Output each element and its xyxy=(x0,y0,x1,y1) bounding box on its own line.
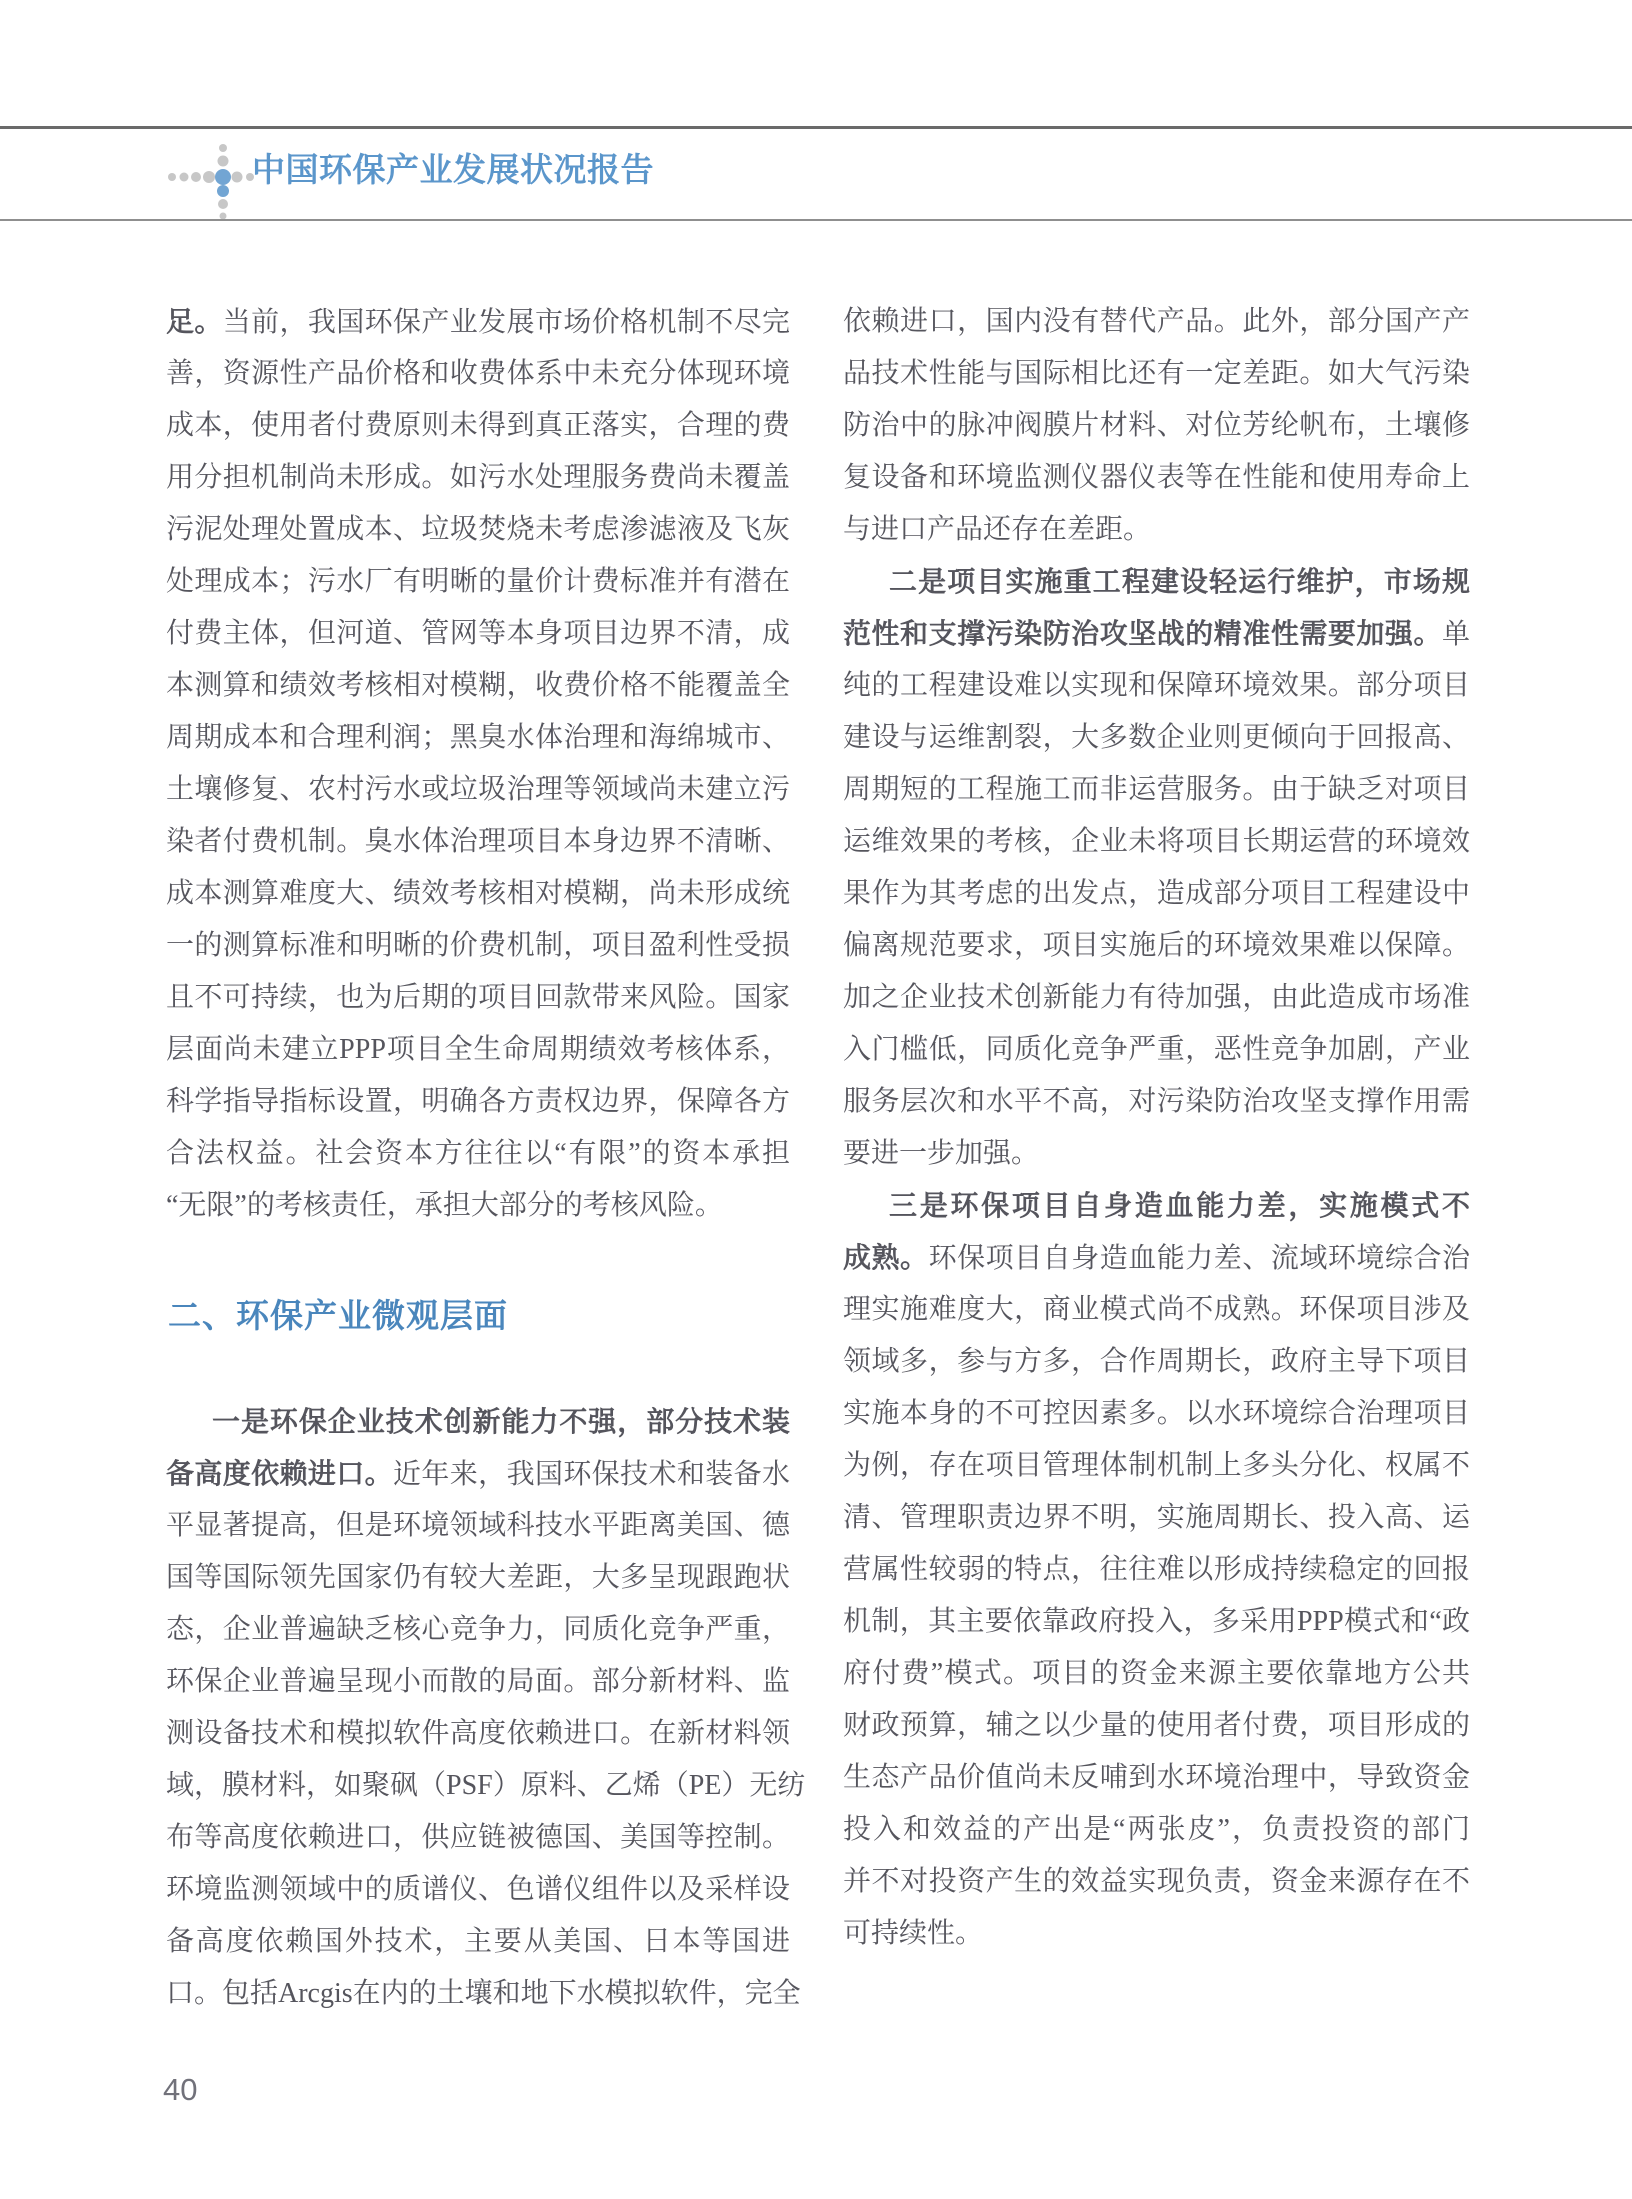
text-line: 投入和效益的产出是“两张皮”，负责投资的部门 xyxy=(843,1804,1470,1856)
text-line: 复设备和环境监测仪器仪表等在性能和使用寿命上 xyxy=(843,452,1470,504)
text-line: 要进一步加强。 xyxy=(843,1128,1470,1180)
text-segment: 生态产品价值尚未反哺到水环境治理中，导致资金 xyxy=(843,1762,1470,1793)
report-page: 中国环保产业发展状况报告 足。当前，我国环保产业发展市场价格机制不尽完善，资源性… xyxy=(0,0,1632,2199)
text-line: “无限”的考核责任，承担大部分的考核风险。 xyxy=(166,1180,790,1232)
text-line: 备高度依赖进口。近年来，我国环保技术和装备水 xyxy=(166,1448,790,1500)
text-line: 口。包括Arcgis在内的土壤和地下水模拟软件，完全 xyxy=(166,1968,790,2020)
text-line: 环境监测领域中的质谱仪、色谱仪组件以及采样设 xyxy=(166,1864,790,1916)
text-line: 土壤修复、农村污水或垃圾治理等领域尚未建立污 xyxy=(166,764,790,816)
text-segment: 实施本身的不可控因素多。以水环境综合治理项目 xyxy=(843,1398,1470,1429)
text-segment: 服务层次和水平不高，对污染防治攻坚支撑作用需 xyxy=(843,1086,1470,1117)
text-line: 实施本身的不可控因素多。以水环境综合治理项目 xyxy=(843,1388,1470,1440)
text-line: 纯的工程建设难以实现和保障环境效果。部分项目 xyxy=(843,660,1470,712)
text-line: 备高度依赖国外技术，主要从美国、日本等国进 xyxy=(166,1916,790,1968)
text-segment: 环保项目自身造血能力差、流域环境综合治 xyxy=(929,1243,1470,1274)
text-segment: 营属性较弱的特点，往往难以形成持续稳定的回报 xyxy=(843,1554,1470,1585)
text-segment: 备高度依赖国外技术，主要从美国、日本等国进 xyxy=(166,1926,790,1957)
text-line: 服务层次和水平不高，对污染防治攻坚支撑作用需 xyxy=(843,1076,1470,1128)
text-segment: 环境监测领域中的质谱仪、色谱仪组件以及采样设 xyxy=(166,1874,790,1905)
page-number: 40 xyxy=(163,2072,197,2108)
text-segment: “无限”的考核责任，承担大部分的考核风险。 xyxy=(166,1190,723,1221)
text-line: 入门槛低，同质化竞争严重，恶性竞争加剧，产业 xyxy=(843,1024,1470,1076)
text-segment: 防治中的脉冲阀膜片材料、对位芳纶帆布，土壤修 xyxy=(843,410,1470,441)
text-line: 三是环保项目自身造血能力差，实施模式不 xyxy=(843,1180,1470,1232)
text-segment: 国等国际领先国家仍有较大差距，大多呈现跟跑状 xyxy=(166,1562,790,1593)
logo-dot xyxy=(191,172,201,182)
text-line: 府付费”模式。项目的资金来源主要依靠地方公共 xyxy=(843,1648,1470,1700)
text-segment: 机制，其主要依靠政府投入，多采用PPP模式和“政 xyxy=(843,1606,1470,1637)
text-segment: 本测算和绩效考核相对模糊，收费价格不能覆盖全 xyxy=(166,670,790,701)
text-line: 防治中的脉冲阀膜片材料、对位芳纶帆布，土壤修 xyxy=(843,400,1470,452)
bold-text-segment: 足。 xyxy=(166,306,223,337)
logo-dot xyxy=(218,156,229,167)
text-segment: 复设备和环境监测仪器仪表等在性能和使用寿命上 xyxy=(843,462,1470,493)
text-segment: 科学指导指标设置，明确各方责权边界，保障各方 xyxy=(166,1086,790,1117)
text-line: 平显著提高，但是环境领域科技水平距离美国、德 xyxy=(166,1500,790,1552)
text-line: 品技术性能与国际相比还有一定差距。如大气污染 xyxy=(843,348,1470,400)
text-line: 清、管理职责边界不明，实施周期长、投入高、运 xyxy=(843,1492,1470,1544)
text-line: 国等国际领先国家仍有较大差距，大多呈现跟跑状 xyxy=(166,1552,790,1604)
text-line: 并不对投资产生的效益实现负责，资金来源存在不 xyxy=(843,1856,1470,1908)
text-line: 加之企业技术创新能力有待加强，由此造成市场准 xyxy=(843,972,1470,1024)
text-segment: 土壤修复、农村污水或垃圾治理等领域尚未建立污 xyxy=(166,774,790,805)
text-line: 成熟。环保项目自身造血能力差、流域环境综合治 xyxy=(843,1232,1470,1284)
text-line: 付费主体，但河道、管网等本身项目边界不清，成 xyxy=(166,608,790,660)
text-segment: 布等高度依赖进口，供应链被德国、美国等控制。 xyxy=(166,1822,790,1853)
text-segment: 与进口产品还存在差距。 xyxy=(843,514,1151,545)
text-segment: 并不对投资产生的效益实现负责，资金来源存在不 xyxy=(843,1866,1470,1897)
text-line: 机制，其主要依靠政府投入，多采用PPP模式和“政 xyxy=(843,1596,1470,1648)
text-segment: 要进一步加强。 xyxy=(843,1138,1039,1169)
text-segment: 领域多，参与方多，合作周期长，政府主导下项目 xyxy=(843,1346,1470,1377)
text-line: 二是项目实施重工程建设轻运行维护，市场规 xyxy=(843,556,1470,608)
bold-text-segment: 三是环保项目自身造血能力差，实施模式不 xyxy=(889,1190,1470,1221)
text-segment: 周期短的工程施工而非运营服务。由于缺乏对项目 xyxy=(843,774,1470,805)
bold-text-segment: 范性和支撑污染防治攻坚战的精准性需要加强。 xyxy=(843,618,1442,649)
text-line: 染者付费机制。臭水体治理项目本身边界不清晰、 xyxy=(166,816,790,868)
text-segment: 且不可持续，也为后期的项目回款带来风险。国家 xyxy=(166,982,790,1013)
text-line: 测设备技术和模拟软件高度依赖进口。在新材料领 xyxy=(166,1708,790,1760)
text-line: 污泥处理处置成本、垃圾焚烧未考虑渗滤液及飞灰 xyxy=(166,504,790,556)
text-segment: 清、管理职责边界不明，实施周期长、投入高、运 xyxy=(843,1502,1470,1533)
text-segment: 成本测算难度大、绩效考核相对模糊，尚未形成统 xyxy=(166,878,790,909)
text-line: 可持续性。 xyxy=(843,1908,1470,1960)
text-segment: 测设备技术和模拟软件高度依赖进口。在新材料领 xyxy=(166,1718,790,1749)
text-segment: 近年来，我国环保技术和装备水 xyxy=(393,1459,790,1490)
logo-dot xyxy=(203,171,215,183)
text-line: 成本测算难度大、绩效考核相对模糊，尚未形成统 xyxy=(166,868,790,920)
section-heading: 二、环保产业微观层面 xyxy=(168,1294,508,1338)
text-segment: 周期成本和合理利润；黑臭水体治理和海绵城市、 xyxy=(166,722,790,753)
text-segment: 运维效果的考核，企业未将项目长期运营的环境效 xyxy=(843,826,1470,857)
logo-dot xyxy=(215,169,231,185)
logo-dot xyxy=(168,173,176,181)
text-segment: 偏离规范要求，项目实施后的环境效果难以保障。 xyxy=(843,930,1470,961)
text-line: 布等高度依赖进口，供应链被德国、美国等控制。 xyxy=(166,1812,790,1864)
text-line: 领域多，参与方多，合作周期长，政府主导下项目 xyxy=(843,1336,1470,1388)
text-segment: 纯的工程建设难以实现和保障环境效果。部分项目 xyxy=(843,670,1470,701)
logo-dot xyxy=(218,199,228,209)
bold-text-segment: 二是项目实施重工程建设轻运行维护，市场规 xyxy=(889,566,1470,597)
text-segment: 理实施难度大，商业模式尚不成熟。环保项目涉及 xyxy=(843,1294,1470,1325)
text-segment: 处理成本；污水厂有明晰的量价计费标准并有潜在 xyxy=(166,566,790,597)
right-column-paragraphs: 依赖进口，国内没有替代产品。此外，部分国产产品技术性能与国际相比还有一定差距。如… xyxy=(843,296,1470,1960)
text-segment: 为例，存在项目管理体制机制上多头分化、权属不 xyxy=(843,1450,1470,1481)
logo-dot xyxy=(180,173,189,182)
text-line: 用分担机制尚未形成。如污水处理服务费尚未覆盖 xyxy=(166,452,790,504)
text-segment: 染者付费机制。臭水体治理项目本身边界不清晰、 xyxy=(166,826,790,857)
text-line: 营属性较弱的特点，往往难以形成持续稳定的回报 xyxy=(843,1544,1470,1596)
logo-dot xyxy=(219,144,227,152)
text-line: 建设与运维割裂，大多数企业则更倾向于回报高、 xyxy=(843,712,1470,764)
text-segment: 成本，使用者付费原则未得到真正落实，合理的费 xyxy=(166,410,790,441)
logo-dot xyxy=(232,172,243,183)
text-segment: 单 xyxy=(1442,619,1470,650)
text-line: 善，资源性产品价格和收费体系中未充分体现环境 xyxy=(166,348,790,400)
text-segment: 层面尚未建立PPP项目全生命周期绩效考核体系， xyxy=(166,1034,790,1065)
text-line: 周期成本和合理利润；黑臭水体治理和海绵城市、 xyxy=(166,712,790,764)
text-line: 周期短的工程施工而非运营服务。由于缺乏对项目 xyxy=(843,764,1470,816)
text-line: 生态产品价值尚未反哺到水环境治理中，导致资金 xyxy=(843,1752,1470,1804)
text-segment: 投入和效益的产出是“两张皮”，负责投资的部门 xyxy=(843,1814,1470,1845)
text-line: 范性和支撑污染防治攻坚战的精准性需要加强。单 xyxy=(843,608,1470,660)
logo-dot xyxy=(217,185,229,197)
bold-text-segment: 一是环保企业技术创新能力不强，部分技术装 xyxy=(212,1406,790,1437)
text-line: 成本，使用者付费原则未得到真正落实，合理的费 xyxy=(166,400,790,452)
text-segment: 口。包括Arcgis在内的土壤和地下水模拟软件，完全 xyxy=(166,1978,801,2009)
text-segment: 域，膜材料，如聚砜（PSF）原料、乙烯（PE）无纺 xyxy=(166,1770,805,1801)
text-segment: 用分担机制尚未形成。如污水处理服务费尚未覆盖 xyxy=(166,462,790,493)
text-line: 态，企业普遍缺乏核心竞争力，同质化竞争严重， xyxy=(166,1604,790,1656)
bold-text-segment: 备高度依赖进口。 xyxy=(166,1458,393,1489)
bold-text-segment: 成熟。 xyxy=(843,1242,929,1273)
text-segment: 态，企业普遍缺乏核心竞争力，同质化竞争严重， xyxy=(166,1614,790,1645)
text-segment: 平显著提高，但是环境领域科技水平距离美国、德 xyxy=(166,1510,790,1541)
text-segment: 品技术性能与国际相比还有一定差距。如大气污染 xyxy=(843,358,1470,389)
text-segment: 府付费”模式。项目的资金来源主要依靠地方公共 xyxy=(843,1658,1470,1689)
text-line: 足。当前，我国环保产业发展市场价格机制不尽完 xyxy=(166,296,790,348)
left-column-paragraph-1: 足。当前，我国环保产业发展市场价格机制不尽完善，资源性产品价格和收费体系中未充分… xyxy=(166,296,790,1232)
text-segment: 合法权益。社会资本方往往以“有限”的资本承担 xyxy=(166,1138,790,1169)
text-line: 理实施难度大，商业模式尚不成熟。环保项目涉及 xyxy=(843,1284,1470,1336)
text-segment: 污泥处理处置成本、垃圾焚烧未考虑渗滤液及飞灰 xyxy=(166,514,790,545)
text-segment: 建设与运维割裂，大多数企业则更倾向于回报高、 xyxy=(843,722,1470,753)
text-segment: 加之企业技术创新能力有待加强，由此造成市场准 xyxy=(843,982,1470,1013)
text-line: 合法权益。社会资本方往往以“有限”的资本承担 xyxy=(166,1128,790,1180)
header-rule xyxy=(0,219,1632,221)
text-segment: 环保企业普遍呈现小而散的局面。部分新材料、监 xyxy=(166,1666,790,1697)
text-line: 果作为其考虑的出发点，造成部分项目工程建设中 xyxy=(843,868,1470,920)
text-segment: 付费主体，但河道、管网等本身项目边界不清，成 xyxy=(166,618,790,649)
text-line: 处理成本；污水厂有明晰的量价计费标准并有潜在 xyxy=(166,556,790,608)
text-segment: 可持续性。 xyxy=(843,1918,983,1949)
text-line: 依赖进口，国内没有替代产品。此外，部分国产产 xyxy=(843,296,1470,348)
text-line: 层面尚未建立PPP项目全生命周期绩效考核体系， xyxy=(166,1024,790,1076)
text-segment: 入门槛低，同质化竞争严重，恶性竞争加剧，产业 xyxy=(843,1034,1470,1065)
text-line: 本测算和绩效考核相对模糊，收费价格不能覆盖全 xyxy=(166,660,790,712)
text-line: 偏离规范要求，项目实施后的环境效果难以保障。 xyxy=(843,920,1470,972)
text-line: 域，膜材料，如聚砜（PSF）原料、乙烯（PE）无纺 xyxy=(166,1760,790,1812)
text-segment: 依赖进口，国内没有替代产品。此外，部分国产产 xyxy=(843,306,1470,337)
left-column-paragraph-2: 一是环保企业技术创新能力不强，部分技术装备高度依赖进口。近年来，我国环保技术和装… xyxy=(166,1396,790,2020)
text-segment: 一的测算标准和明晰的价费机制，项目盈利性受损 xyxy=(166,930,790,961)
text-line: 运维效果的考核，企业未将项目长期运营的环境效 xyxy=(843,816,1470,868)
text-line: 且不可持续，也为后期的项目回款带来风险。国家 xyxy=(166,972,790,1024)
text-line: 与进口产品还存在差距。 xyxy=(843,504,1470,556)
report-title: 中国环保产业发展状况报告 xyxy=(252,150,654,190)
top-rule xyxy=(0,126,1632,129)
text-line: 为例，存在项目管理体制机制上多头分化、权属不 xyxy=(843,1440,1470,1492)
text-line: 一是环保企业技术创新能力不强，部分技术装 xyxy=(166,1396,790,1448)
text-segment: 果作为其考虑的出发点，造成部分项目工程建设中 xyxy=(843,878,1470,909)
text-line: 一的测算标准和明晰的价费机制，项目盈利性受损 xyxy=(166,920,790,972)
text-line: 科学指导指标设置，明确各方责权边界，保障各方 xyxy=(166,1076,790,1128)
text-segment: 财政预算，辅之以少量的使用者付费，项目形成的 xyxy=(843,1710,1470,1741)
dotted-cross-logo-icon xyxy=(162,140,262,225)
text-segment: 当前，我国环保产业发展市场价格机制不尽完 xyxy=(223,307,790,338)
text-line: 财政预算，辅之以少量的使用者付费，项目形成的 xyxy=(843,1700,1470,1752)
text-segment: 善，资源性产品价格和收费体系中未充分体现环境 xyxy=(166,358,790,389)
text-line: 环保企业普遍呈现小而散的局面。部分新材料、监 xyxy=(166,1656,790,1708)
